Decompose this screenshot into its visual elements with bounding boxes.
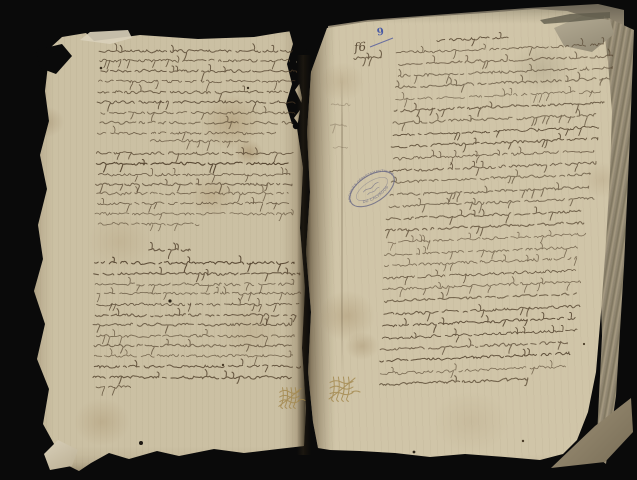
manuscript-scan: ARCHIVES DÉPARTEMENTALES DU CALVADOS f6 … xyxy=(0,0,637,480)
margin-note: f6 xyxy=(353,39,366,54)
svg-text:DU CALVADOS: DU CALVADOS xyxy=(361,184,391,207)
gutter-crease xyxy=(297,55,311,455)
stamp-center-mark xyxy=(363,182,379,193)
right-page-crease xyxy=(341,70,343,380)
archive-stamp: ARCHIVES DÉPARTEMENTALES DU CALVADOS xyxy=(343,160,401,218)
folio-number: 9 xyxy=(376,27,384,39)
stamp-arc-bottom-text: DU CALVADOS xyxy=(361,184,391,207)
left-page xyxy=(28,28,311,472)
right-page xyxy=(305,2,637,478)
